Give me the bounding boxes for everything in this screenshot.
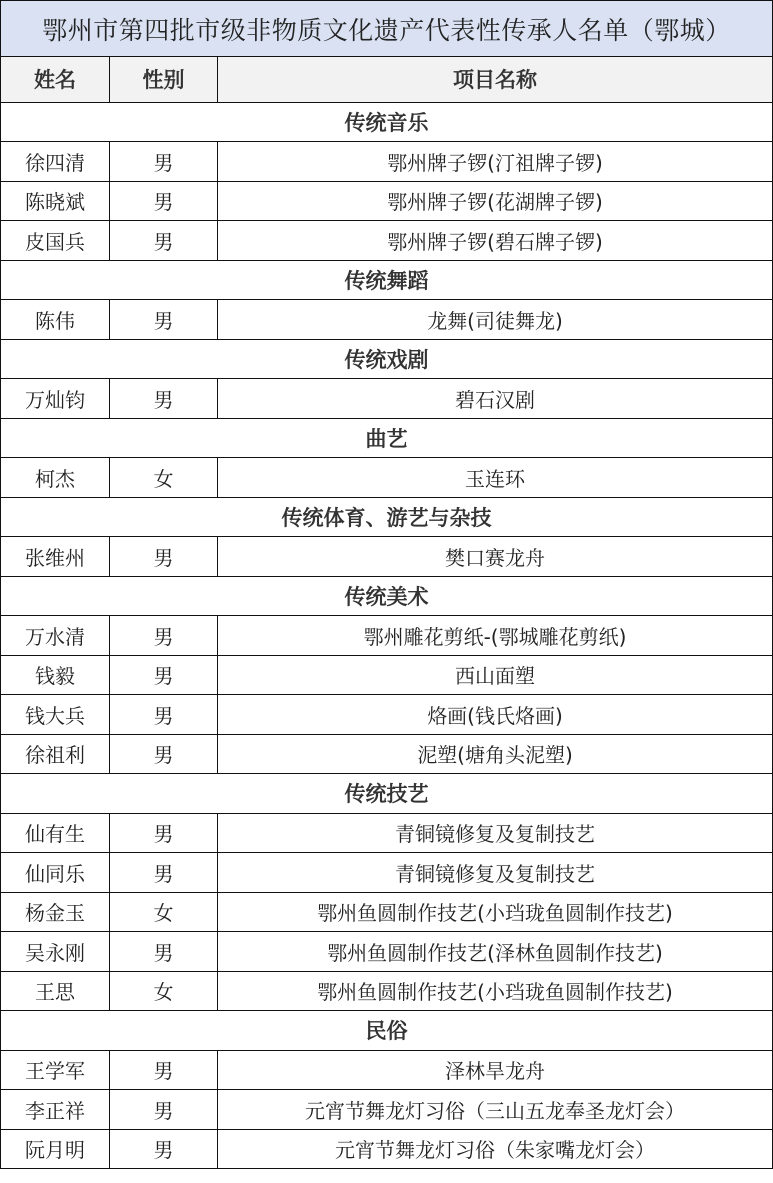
table-row: 吴永刚男鄂州鱼圆制作技艺(泽林鱼圆制作技艺) [1, 932, 772, 972]
item-cell: 玉连环 [218, 458, 772, 497]
name-cell: 王学军 [1, 1051, 110, 1090]
name-cell: 徐四清 [1, 142, 110, 181]
table-row: 钱大兵男烙画(钱氏烙画) [1, 695, 772, 735]
item-cell: 泥塑(塘角头泥塑) [218, 735, 772, 774]
table-body: 传统音乐徐四清男鄂州牌子锣(汀祖牌子锣)陈晓斌男鄂州牌子锣(花湖牌子锣)皮国兵男… [1, 103, 772, 1170]
gender-cell: 女 [110, 893, 218, 932]
table-row: 皮国兵男鄂州牌子锣(碧石牌子锣) [1, 221, 772, 261]
gender-cell: 男 [110, 300, 218, 339]
gender-cell: 男 [110, 1090, 218, 1129]
item-cell: 鄂州牌子锣(花湖牌子锣) [218, 182, 772, 221]
name-cell: 万灿钧 [1, 379, 110, 418]
gender-cell: 男 [110, 221, 218, 260]
table-row: 仙有生男青铜镜修复及复制技艺 [1, 814, 772, 854]
name-cell: 王思 [1, 972, 110, 1011]
header-name: 姓名 [1, 57, 110, 102]
item-cell: 鄂州雕花剪纸-(鄂城雕花剪纸) [218, 616, 772, 655]
gender-cell: 男 [110, 735, 218, 774]
item-cell: 烙画(钱氏烙画) [218, 695, 772, 734]
header-item: 项目名称 [218, 57, 772, 102]
gender-cell: 女 [110, 458, 218, 497]
item-cell: 泽林旱龙舟 [218, 1051, 772, 1090]
name-cell: 李正祥 [1, 1090, 110, 1129]
gender-cell: 女 [110, 972, 218, 1011]
category-label: 民俗 [1, 1011, 772, 1050]
inheritor-table: 鄂州市第四批市级非物质文化遗产代表性传承人名单（鄂城） 姓名 性别 项目名称 传… [0, 0, 773, 1169]
gender-cell: 男 [110, 932, 218, 971]
gender-cell: 男 [110, 656, 218, 695]
category-label: 传统戏剧 [1, 340, 772, 379]
gender-cell: 男 [110, 1051, 218, 1090]
name-cell: 柯杰 [1, 458, 110, 497]
category-row: 传统舞蹈 [1, 261, 772, 301]
item-cell: 龙舞(司徒舞龙) [218, 300, 772, 339]
table-row: 张维州男樊口赛龙舟 [1, 537, 772, 577]
table-row: 万灿钧男碧石汉剧 [1, 379, 772, 419]
header-row: 姓名 性别 项目名称 [1, 57, 772, 103]
gender-cell: 男 [110, 814, 218, 853]
table-row: 仙同乐男青铜镜修复及复制技艺 [1, 853, 772, 893]
name-cell: 杨金玉 [1, 893, 110, 932]
item-cell: 鄂州鱼圆制作技艺(泽林鱼圆制作技艺) [218, 932, 772, 971]
name-cell: 阮月明 [1, 1130, 110, 1169]
table-row: 柯杰女玉连环 [1, 458, 772, 498]
table-row: 陈伟男龙舞(司徒舞龙) [1, 300, 772, 340]
gender-cell: 男 [110, 142, 218, 181]
gender-cell: 男 [110, 1130, 218, 1169]
name-cell: 吴永刚 [1, 932, 110, 971]
category-row: 传统体育、游艺与杂技 [1, 498, 772, 538]
item-cell: 鄂州牌子锣(碧石牌子锣) [218, 221, 772, 260]
name-cell: 钱大兵 [1, 695, 110, 734]
name-cell: 陈伟 [1, 300, 110, 339]
category-row: 传统美术 [1, 577, 772, 617]
name-cell: 钱毅 [1, 656, 110, 695]
table-row: 王思女鄂州鱼圆制作技艺(小珰珑鱼圆制作技艺) [1, 972, 772, 1012]
category-label: 曲艺 [1, 419, 772, 458]
gender-cell: 男 [110, 853, 218, 892]
category-row: 传统技艺 [1, 774, 772, 814]
name-cell: 陈晓斌 [1, 182, 110, 221]
item-cell: 樊口赛龙舟 [218, 537, 772, 576]
name-cell: 皮国兵 [1, 221, 110, 260]
table-row: 杨金玉女鄂州鱼圆制作技艺(小珰珑鱼圆制作技艺) [1, 893, 772, 933]
category-label: 传统美术 [1, 577, 772, 616]
item-cell: 青铜镜修复及复制技艺 [218, 814, 772, 853]
table-row: 陈晓斌男鄂州牌子锣(花湖牌子锣) [1, 182, 772, 222]
name-cell: 张维州 [1, 537, 110, 576]
item-cell: 碧石汉剧 [218, 379, 772, 418]
item-cell: 元宵节舞龙灯习俗（朱家嘴龙灯会） [218, 1130, 772, 1169]
gender-cell: 男 [110, 695, 218, 734]
name-cell: 仙有生 [1, 814, 110, 853]
category-row: 曲艺 [1, 419, 772, 459]
category-label: 传统舞蹈 [1, 261, 772, 300]
item-cell: 鄂州牌子锣(汀祖牌子锣) [218, 142, 772, 181]
item-cell: 鄂州鱼圆制作技艺(小珰珑鱼圆制作技艺) [218, 893, 772, 932]
item-cell: 西山面塑 [218, 656, 772, 695]
table-row: 王学军男泽林旱龙舟 [1, 1051, 772, 1091]
category-label: 传统体育、游艺与杂技 [1, 498, 772, 537]
name-cell: 万水清 [1, 616, 110, 655]
category-row: 民俗 [1, 1011, 772, 1051]
category-row: 传统戏剧 [1, 340, 772, 380]
item-cell: 青铜镜修复及复制技艺 [218, 853, 772, 892]
header-gender: 性别 [110, 57, 218, 102]
table-row: 万水清男鄂州雕花剪纸-(鄂城雕花剪纸) [1, 616, 772, 656]
item-cell: 鄂州鱼圆制作技艺(小珰珑鱼圆制作技艺) [218, 972, 772, 1011]
name-cell: 仙同乐 [1, 853, 110, 892]
category-label: 传统技艺 [1, 774, 772, 813]
gender-cell: 男 [110, 182, 218, 221]
table-row: 钱毅男西山面塑 [1, 656, 772, 696]
gender-cell: 男 [110, 537, 218, 576]
gender-cell: 男 [110, 379, 218, 418]
table-row: 徐祖利男泥塑(塘角头泥塑) [1, 735, 772, 775]
category-row: 传统音乐 [1, 103, 772, 143]
table-row: 徐四清男鄂州牌子锣(汀祖牌子锣) [1, 142, 772, 182]
table-row: 李正祥男元宵节舞龙灯习俗（三山五龙奉圣龙灯会） [1, 1090, 772, 1130]
table-row: 阮月明男元宵节舞龙灯习俗（朱家嘴龙灯会） [1, 1130, 772, 1170]
category-label: 传统音乐 [1, 103, 772, 142]
table-title: 鄂州市第四批市级非物质文化遗产代表性传承人名单（鄂城） [1, 1, 772, 57]
name-cell: 徐祖利 [1, 735, 110, 774]
gender-cell: 男 [110, 616, 218, 655]
item-cell: 元宵节舞龙灯习俗（三山五龙奉圣龙灯会） [218, 1090, 772, 1129]
